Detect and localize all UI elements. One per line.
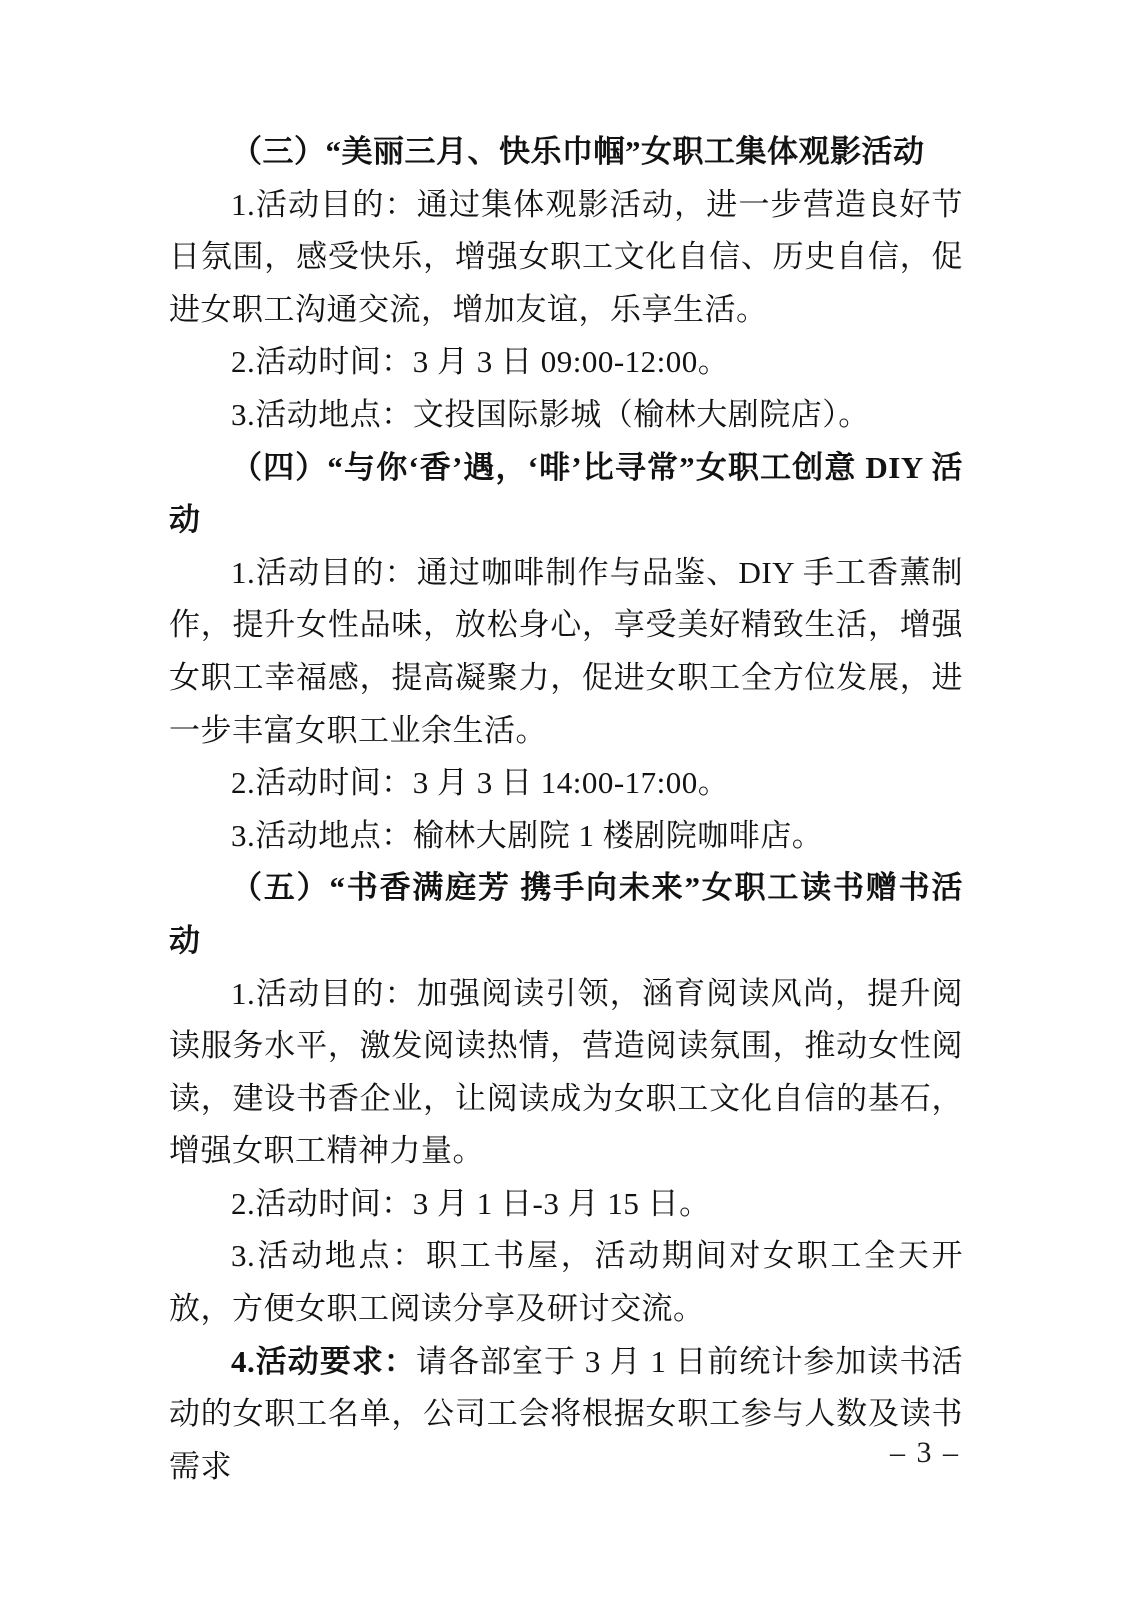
paragraph-5-requirements: 4.活动要求：请各部室于 3 月 1 日前统计参加读书活动的女职工名单，公司工会… xyxy=(169,1336,963,1494)
document-page: （三）“美丽三月、快乐巾帼”女职工集体观影活动 1.活动目的：通过集体观影活动，… xyxy=(0,0,1130,1600)
paragraph-5-location: 3.活动地点：职工书屋，活动期间对女职工全天开放，方便女职工阅读分享及研讨交流。 xyxy=(169,1230,963,1335)
document-body: （三）“美丽三月、快乐巾帼”女职工集体观影活动 1.活动目的：通过集体观影活动，… xyxy=(169,126,963,1493)
paragraph-4-purpose: 1.活动目的：通过咖啡制作与品鉴、DIY 手工香薰制作，提升女性品味，放松身心，… xyxy=(169,547,963,757)
section-heading-5: （五）“书香满庭芳 携手向未来”女职工读书赠书活动 xyxy=(169,862,963,967)
paragraph-4-location: 3.活动地点：榆林大剧院 1 楼剧院咖啡店。 xyxy=(169,810,963,863)
section-heading-4: （四）“与你‘香’遇，‘啡’比寻常”女职工创意 DIY 活动 xyxy=(169,442,963,547)
paragraph-3-location: 3.活动地点：文投国际影城（榆林大剧院店）。 xyxy=(169,389,963,442)
paragraph-4-time: 2.活动时间：3 月 3 日 14:00-17:00。 xyxy=(169,757,963,810)
paragraph-3-purpose: 1.活动目的：通过集体观影活动，进一步营造良好节日氛围，感受快乐，增强女职工文化… xyxy=(169,179,963,337)
paragraph-3-time: 2.活动时间：3 月 3 日 09:00-12:00。 xyxy=(169,336,963,389)
section-heading-3: （三）“美丽三月、快乐巾帼”女职工集体观影活动 xyxy=(169,126,963,179)
paragraph-5-purpose: 1.活动目的：加强阅读引领，涵育阅读风尚，提升阅读服务水平，激发阅读热情，营造阅… xyxy=(169,968,963,1178)
page-number: – 3 – xyxy=(890,1436,960,1470)
paragraph-5-time: 2.活动时间：3 月 1 日-3 月 15 日。 xyxy=(169,1178,963,1231)
paragraph-requirements-label: 4.活动要求： xyxy=(231,1344,416,1379)
